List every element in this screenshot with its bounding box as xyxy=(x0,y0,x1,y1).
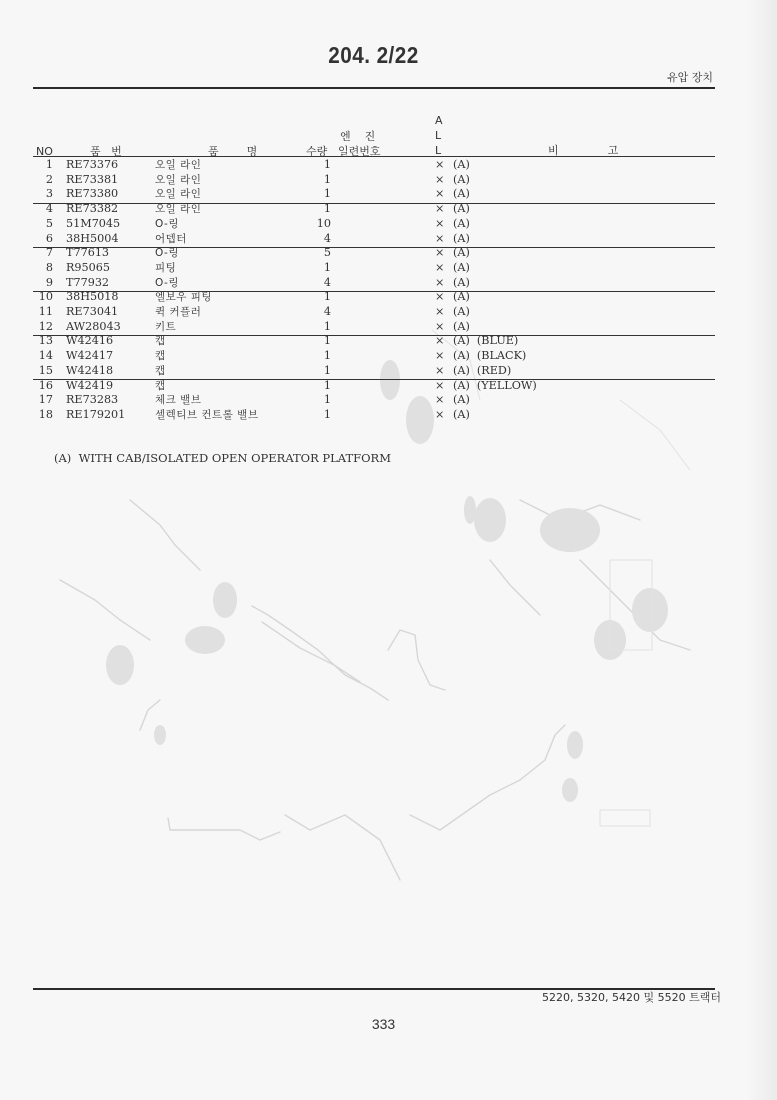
remark: (A) xyxy=(453,320,470,335)
footnote: (A) WITH CAB/ISOLATED OPEN OPERATOR PLAT… xyxy=(54,451,391,465)
part-name: O-링 xyxy=(155,276,179,291)
quantity: 10 xyxy=(299,217,331,232)
remark: (A) xyxy=(453,305,470,320)
part-name: 퀵 커플러 xyxy=(155,305,201,320)
quantity: 4 xyxy=(299,276,331,291)
item-number: 11 xyxy=(33,305,53,320)
remark: (A) xyxy=(453,173,470,188)
quantity: 1 xyxy=(299,158,331,173)
remark: (A) xyxy=(453,246,470,261)
quantity: 1 xyxy=(299,261,331,276)
part-name: O-링 xyxy=(155,246,179,261)
remark: (A) (RED) xyxy=(453,364,511,379)
item-number: 3 xyxy=(33,187,53,202)
item-number: 18 xyxy=(33,408,53,423)
item-number: 1 xyxy=(33,158,53,173)
table-row: 7T77613O-링5×(A) xyxy=(33,246,715,261)
remark: (A) xyxy=(453,408,470,423)
part-number: W42417 xyxy=(66,349,113,364)
page-edge-shadow xyxy=(747,0,777,1100)
all-mark: × xyxy=(435,232,444,247)
all-mark: × xyxy=(435,158,444,173)
item-number: 8 xyxy=(33,261,53,276)
part-number: T77613 xyxy=(66,246,109,261)
all-mark: × xyxy=(435,379,444,394)
table-row: 2RE73381오일 라인1×(A) xyxy=(33,173,715,188)
table-row: 9T77932O-링4×(A) xyxy=(33,276,715,291)
table-row: 12AW28043키트1×(A) xyxy=(33,320,715,335)
quantity: 1 xyxy=(299,349,331,364)
part-number: T77932 xyxy=(66,276,109,291)
header-rule xyxy=(33,87,715,89)
part-name: 캡 xyxy=(155,379,166,394)
quantity: 1 xyxy=(299,379,331,394)
col-header-all-a: A xyxy=(435,114,443,127)
footer-models: 5220, 5320, 5420 및 5520 트랙터 xyxy=(542,989,721,1005)
remark: (A) (BLUE) xyxy=(453,334,518,349)
table-row: 551M7045O-링10×(A) xyxy=(33,217,715,232)
all-mark: × xyxy=(435,334,444,349)
part-number: 38H5018 xyxy=(66,290,118,305)
part-number: W42418 xyxy=(66,364,113,379)
table-row: 1RE73376오일 라인1×(A) xyxy=(33,158,715,173)
part-number: R95065 xyxy=(66,261,110,276)
table-header-rule xyxy=(33,156,715,157)
part-number: RE73283 xyxy=(66,393,118,408)
col-header-all-l1: L xyxy=(435,129,441,142)
item-number: 16 xyxy=(33,379,53,394)
part-number: 51M7045 xyxy=(66,217,120,232)
item-number: 4 xyxy=(33,202,53,217)
part-number: RE179201 xyxy=(66,408,125,423)
all-mark: × xyxy=(435,261,444,276)
quantity: 1 xyxy=(299,364,331,379)
item-number: 17 xyxy=(33,393,53,408)
all-mark: × xyxy=(435,290,444,305)
all-mark: × xyxy=(435,202,444,217)
quantity: 1 xyxy=(299,334,331,349)
page-number: 333 xyxy=(0,1016,767,1032)
quantity: 1 xyxy=(299,202,331,217)
part-name: 오일 라인 xyxy=(155,158,201,173)
all-mark: × xyxy=(435,173,444,188)
part-name: 오일 라인 xyxy=(155,187,201,202)
quantity: 4 xyxy=(299,305,331,320)
quantity: 1 xyxy=(299,320,331,335)
part-name: 오일 라인 xyxy=(155,173,201,188)
all-mark: × xyxy=(435,320,444,335)
part-number: W42419 xyxy=(66,379,113,394)
part-name: 키트 xyxy=(155,320,176,335)
remark: (A) xyxy=(453,217,470,232)
table-row: 3RE73380오일 라인1×(A) xyxy=(33,187,715,202)
quantity: 1 xyxy=(299,187,331,202)
quantity: 1 xyxy=(299,408,331,423)
remark: (A) xyxy=(453,202,470,217)
table-row: 14W42417캡1×(A) (BLACK) xyxy=(33,349,715,364)
table-row: 8R95065피팅1×(A) xyxy=(33,261,715,276)
table-row: 13W42416캡1×(A) (BLUE) xyxy=(33,334,715,349)
all-mark: × xyxy=(435,187,444,202)
part-number: 38H5004 xyxy=(66,232,118,247)
part-name: 피팅 xyxy=(155,261,176,276)
part-number: W42416 xyxy=(66,334,113,349)
remark: (A) xyxy=(453,187,470,202)
remark: (A) xyxy=(453,290,470,305)
item-number: 9 xyxy=(33,276,53,291)
item-number: 2 xyxy=(33,173,53,188)
part-number: RE73041 xyxy=(66,305,118,320)
remark: (A) xyxy=(453,276,470,291)
remark: (A) (BLACK) xyxy=(453,349,526,364)
section-label: 유압 장치 xyxy=(667,69,713,85)
part-name: 어뎁터 xyxy=(155,232,187,247)
remark: (A) xyxy=(453,393,470,408)
all-mark: × xyxy=(435,349,444,364)
table-row: 1038H5018엘보우 피팅1×(A) xyxy=(33,290,715,305)
quantity: 4 xyxy=(299,232,331,247)
page-title: 204. 2/22 xyxy=(37,42,709,69)
item-number: 10 xyxy=(33,290,53,305)
all-mark: × xyxy=(435,217,444,232)
remark: (A) xyxy=(453,261,470,276)
table-row: 17RE73283체크 밸브1×(A) xyxy=(33,393,715,408)
item-number: 5 xyxy=(33,217,53,232)
item-number: 6 xyxy=(33,232,53,247)
part-number: AW28043 xyxy=(66,320,121,335)
part-number: RE73382 xyxy=(66,202,118,217)
table-row: 15W42418캡1×(A) (RED) xyxy=(33,364,715,379)
part-name: 캡 xyxy=(155,334,166,349)
col-header-engine-top: 엔 진 xyxy=(340,128,375,144)
table-row: 11RE73041퀵 커플러4×(A) xyxy=(33,305,715,320)
part-name: 엘보우 피팅 xyxy=(155,290,212,305)
remark: (A) xyxy=(453,158,470,173)
part-name: 캡 xyxy=(155,364,166,379)
all-mark: × xyxy=(435,305,444,320)
item-number: 12 xyxy=(33,320,53,335)
item-number: 13 xyxy=(33,334,53,349)
part-name: O-링 xyxy=(155,217,179,232)
part-name: 체크 밸브 xyxy=(155,393,201,408)
part-name: 셀렉티브 컨트롤 밸브 xyxy=(155,408,258,423)
all-mark: × xyxy=(435,246,444,261)
item-number: 7 xyxy=(33,246,53,261)
part-name: 캡 xyxy=(155,349,166,364)
table-row: 16W42419캡1×(A) (YELLOW) xyxy=(33,379,715,394)
part-number: RE73380 xyxy=(66,187,118,202)
item-number: 14 xyxy=(33,349,53,364)
quantity: 5 xyxy=(299,246,331,261)
remark: (A) (YELLOW) xyxy=(453,379,537,394)
table-row: 4RE73382오일 라인1×(A) xyxy=(33,202,715,217)
table-row: 18RE179201셀렉티브 컨트롤 밸브1×(A) xyxy=(33,408,715,423)
item-number: 15 xyxy=(33,364,53,379)
part-number: RE73381 xyxy=(66,173,118,188)
table-row: 638H5004어뎁터4×(A) xyxy=(33,232,715,247)
quantity: 1 xyxy=(299,290,331,305)
quantity: 1 xyxy=(299,393,331,408)
all-mark: × xyxy=(435,408,444,423)
remark: (A) xyxy=(453,232,470,247)
all-mark: × xyxy=(435,276,444,291)
part-number: RE73376 xyxy=(66,158,118,173)
part-name: 오일 라인 xyxy=(155,202,201,217)
all-mark: × xyxy=(435,364,444,379)
all-mark: × xyxy=(435,393,444,408)
quantity: 1 xyxy=(299,173,331,188)
